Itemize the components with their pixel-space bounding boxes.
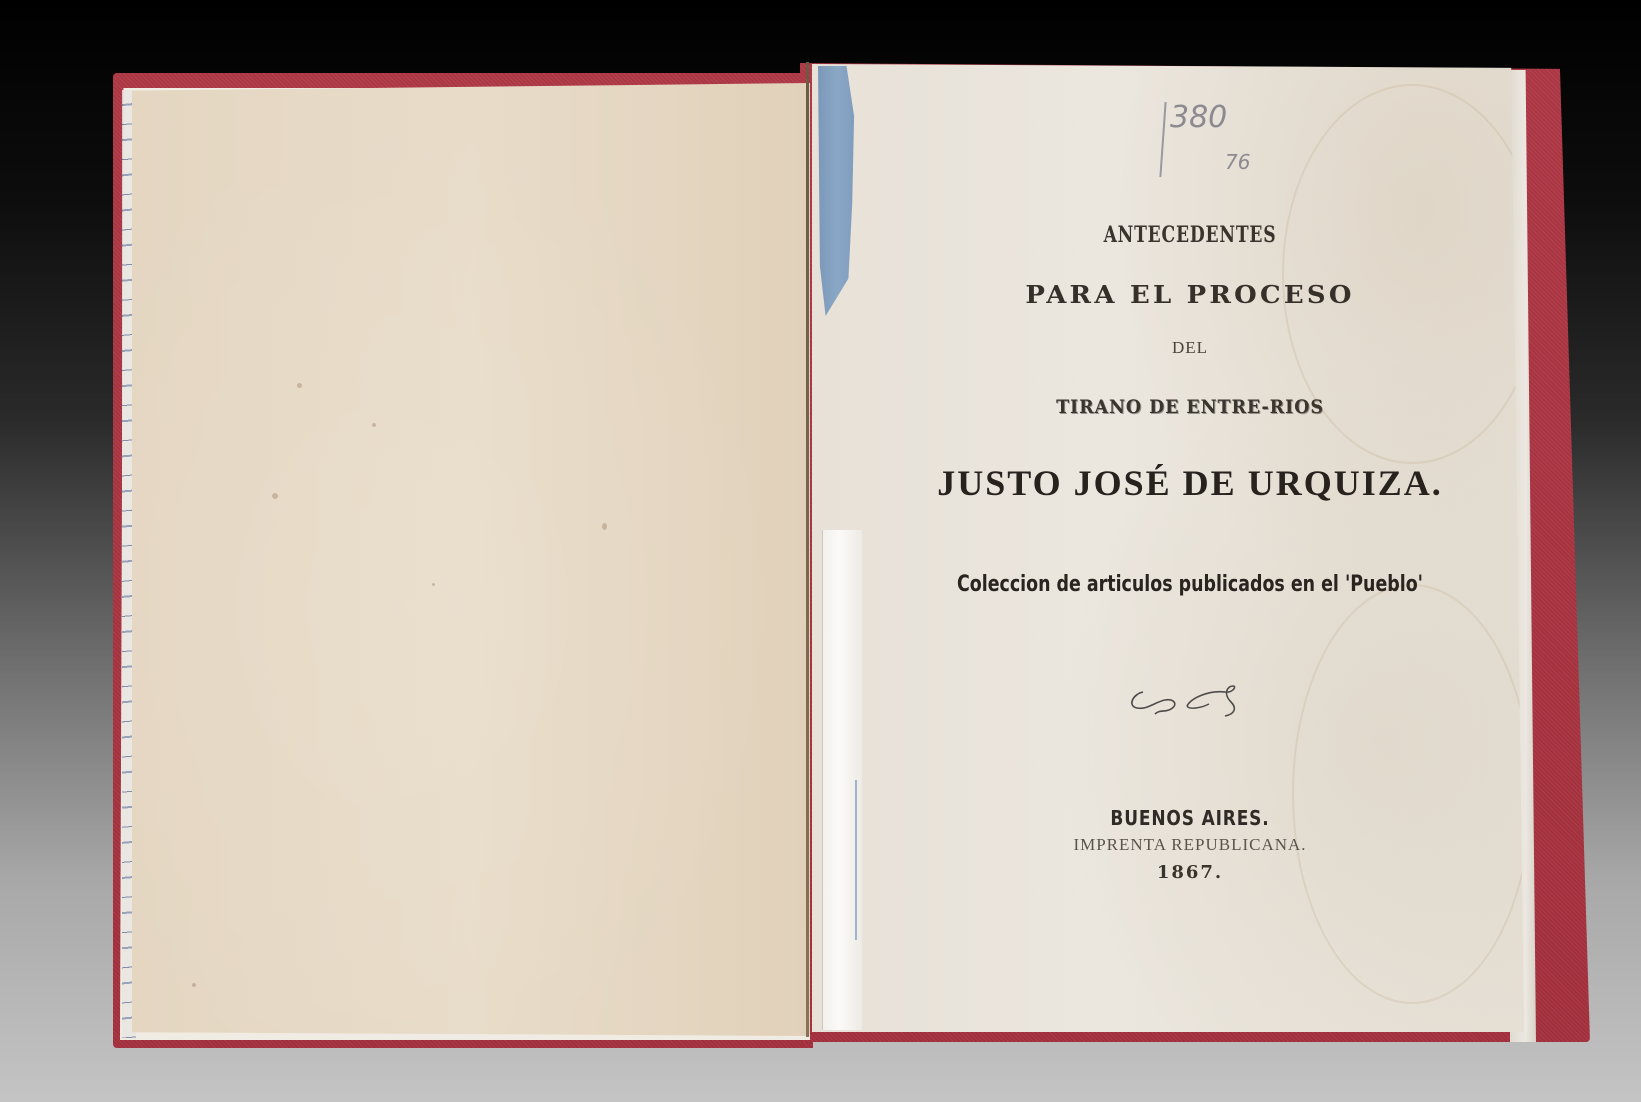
foxing-spot	[192, 983, 196, 987]
ornament-flourish-icon	[900, 680, 1480, 720]
foxing-spot	[272, 493, 278, 499]
gutter-fold	[806, 62, 809, 1037]
imprint-printer: IMPRENTA REPUBLICANA.	[900, 835, 1480, 855]
foxing-spot	[602, 523, 607, 530]
open-book: 380 76 ANTECEDENTES PARA EL PROCESO DEL …	[0, 0, 1641, 1102]
imprint-year: 1867.	[900, 862, 1480, 883]
foxing-spot	[297, 383, 302, 388]
torn-paper-hinge	[822, 530, 862, 1030]
title-line-del: DEL	[900, 338, 1480, 358]
subtitle: Coleccion de articulos publicados en el …	[935, 572, 1445, 597]
imprint-place: BUENOS AIRES.	[944, 806, 1437, 830]
title-line-tirano: TIRANO DE ENTRE-RIOS	[923, 396, 1457, 418]
title-line-para-el-proceso: PARA EL PROCESO	[877, 280, 1503, 309]
title-line-name: JUSTO JOSÉ DE URQUIZA.	[900, 462, 1480, 504]
water-stain	[1292, 584, 1532, 1004]
left-page-blank-flyleaf	[132, 83, 810, 1036]
handwritten-sub-note: 76	[1225, 150, 1250, 174]
title-line-antecedentes: ANTECEDENTES	[964, 222, 1416, 248]
right-page-title-page	[812, 64, 1524, 1032]
foxing-spot	[432, 583, 435, 586]
handwritten-catalog-number: 380	[1170, 100, 1227, 135]
foxing-spot	[372, 423, 376, 427]
